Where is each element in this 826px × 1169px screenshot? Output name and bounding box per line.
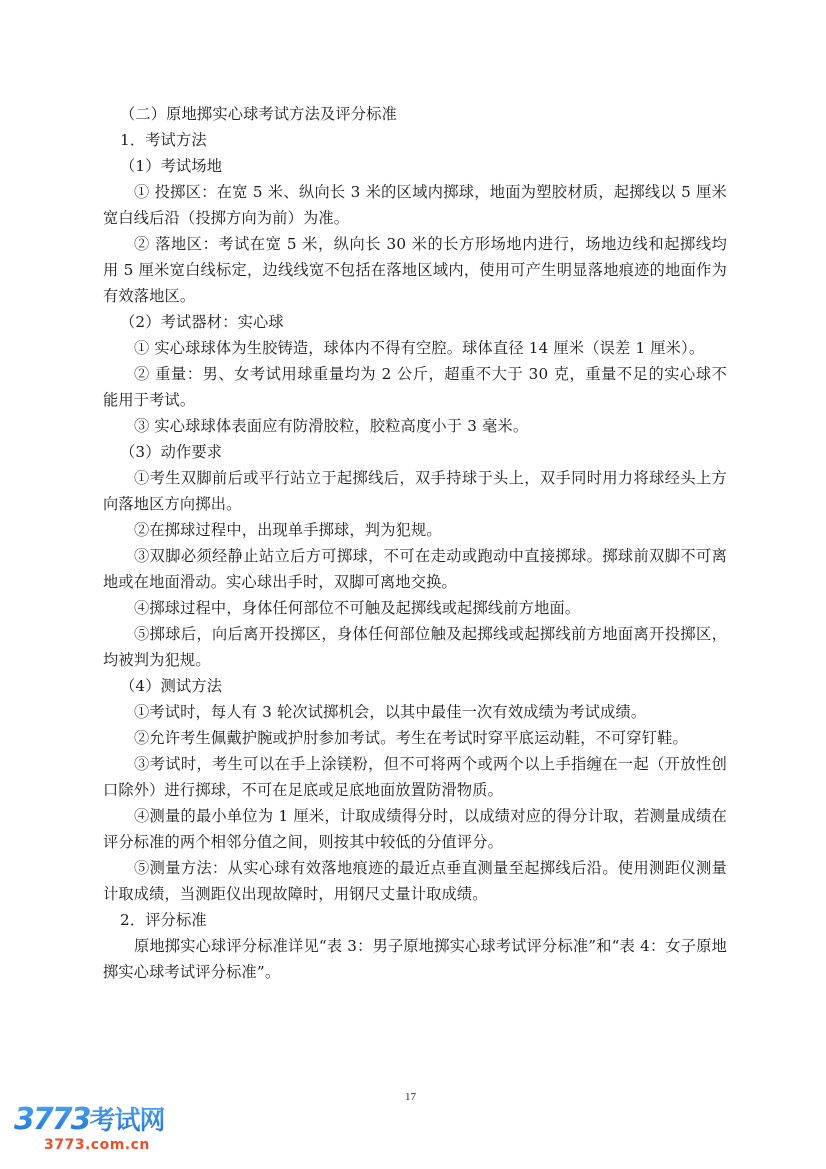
test-item: ①考试时，每人有 3 轮次试掷机会，以其中最佳一次有效成绩为考试成绩。 (103, 699, 727, 725)
watermark-logo: 3773考试网 3773.com.cn (14, 1104, 174, 1156)
document-page: （二）原地掷实心球考试方法及评分标准 1．考试方法 （1）考试场地 ① 投掷区：… (103, 101, 727, 985)
action-item: ⑤掷球后，向后离开投掷区，身体任何部位触及起掷线或起掷线前方地面离开投掷区，均被… (103, 621, 727, 673)
heading-venue: （1）考试场地 (103, 153, 727, 179)
equipment-item: ① 实心球球体为生胶铸造，球体内不得有空腔。球体直径 14 厘米（误差 1 厘米… (103, 335, 727, 361)
equipment-item: ② 重量：男、女考试用球重量均为 2 公斤，超重不大于 30 克，重量不足的实心… (103, 361, 727, 413)
logo-url: 3773.com.cn (44, 1137, 150, 1153)
logo-wordmark: 3773考试网 (14, 1104, 165, 1137)
action-item: ②在掷球过程中，出现单手掷球，判为犯规。 (103, 517, 727, 543)
venue-item: ① 投掷区：在宽 5 米、纵向长 3 米的区域内掷球，地面为塑胶材质，起掷线以 … (103, 179, 727, 231)
test-item: ③考试时，考生可以在手上涂镁粉，但不可将两个或两个以上手指缠在一起（开放性创口除… (103, 751, 727, 803)
action-item: ④掷球过程中，身体任何部位不可触及起掷线或起掷线前方地面。 (103, 595, 727, 621)
action-item: ①考生双脚前后或平行站立于起掷线后，双手持球于头上，双手同时用力将球经头上方向落… (103, 465, 727, 517)
page-number: 17 (405, 1091, 416, 1103)
heading-test-method: （4）测试方法 (103, 673, 727, 699)
section-title: （二）原地掷实心球考试方法及评分标准 (103, 101, 727, 127)
equipment-item: ③ 实心球球体表面应有防滑胶粒，胶粒高度小于 3 毫米。 (103, 413, 727, 439)
heading-action: （3）动作要求 (103, 439, 727, 465)
test-item: ⑤测量方法：从实心球有效落地痕迹的最近点垂直测量至起掷线后沿。使用测距仪测量计取… (103, 855, 727, 907)
action-item: ③双脚必须经静止站立后方可掷球，不可在走动或跑动中直接掷球。掷球前双脚不可离地或… (103, 543, 727, 595)
test-item: ④测量的最小单位为 1 厘米，计取成绩得分时，以成绩对应的得分计取，若测量成绩在… (103, 803, 727, 855)
logo-number: 3773 (14, 1102, 90, 1137)
subsection-title-methods: 1．考试方法 (103, 127, 727, 153)
subsection-title-scoring: 2．评分标准 (103, 907, 727, 933)
test-item: ②允许考生佩戴护腕或护肘参加考试。考生在考试时穿平底运动鞋，不可穿钉鞋。 (103, 725, 727, 751)
logo-text: 考试网 (90, 1106, 165, 1136)
scoring-paragraph: 原地掷实心球评分标准详见“表 3：男子原地掷实心球考试评分标准”和“表 4：女子… (103, 933, 727, 985)
venue-item: ② 落地区：考试在宽 5 米，纵向长 30 米的长方形场地内进行，场地边线和起掷… (103, 231, 727, 309)
heading-equipment: （2）考试器材：实心球 (103, 309, 727, 335)
